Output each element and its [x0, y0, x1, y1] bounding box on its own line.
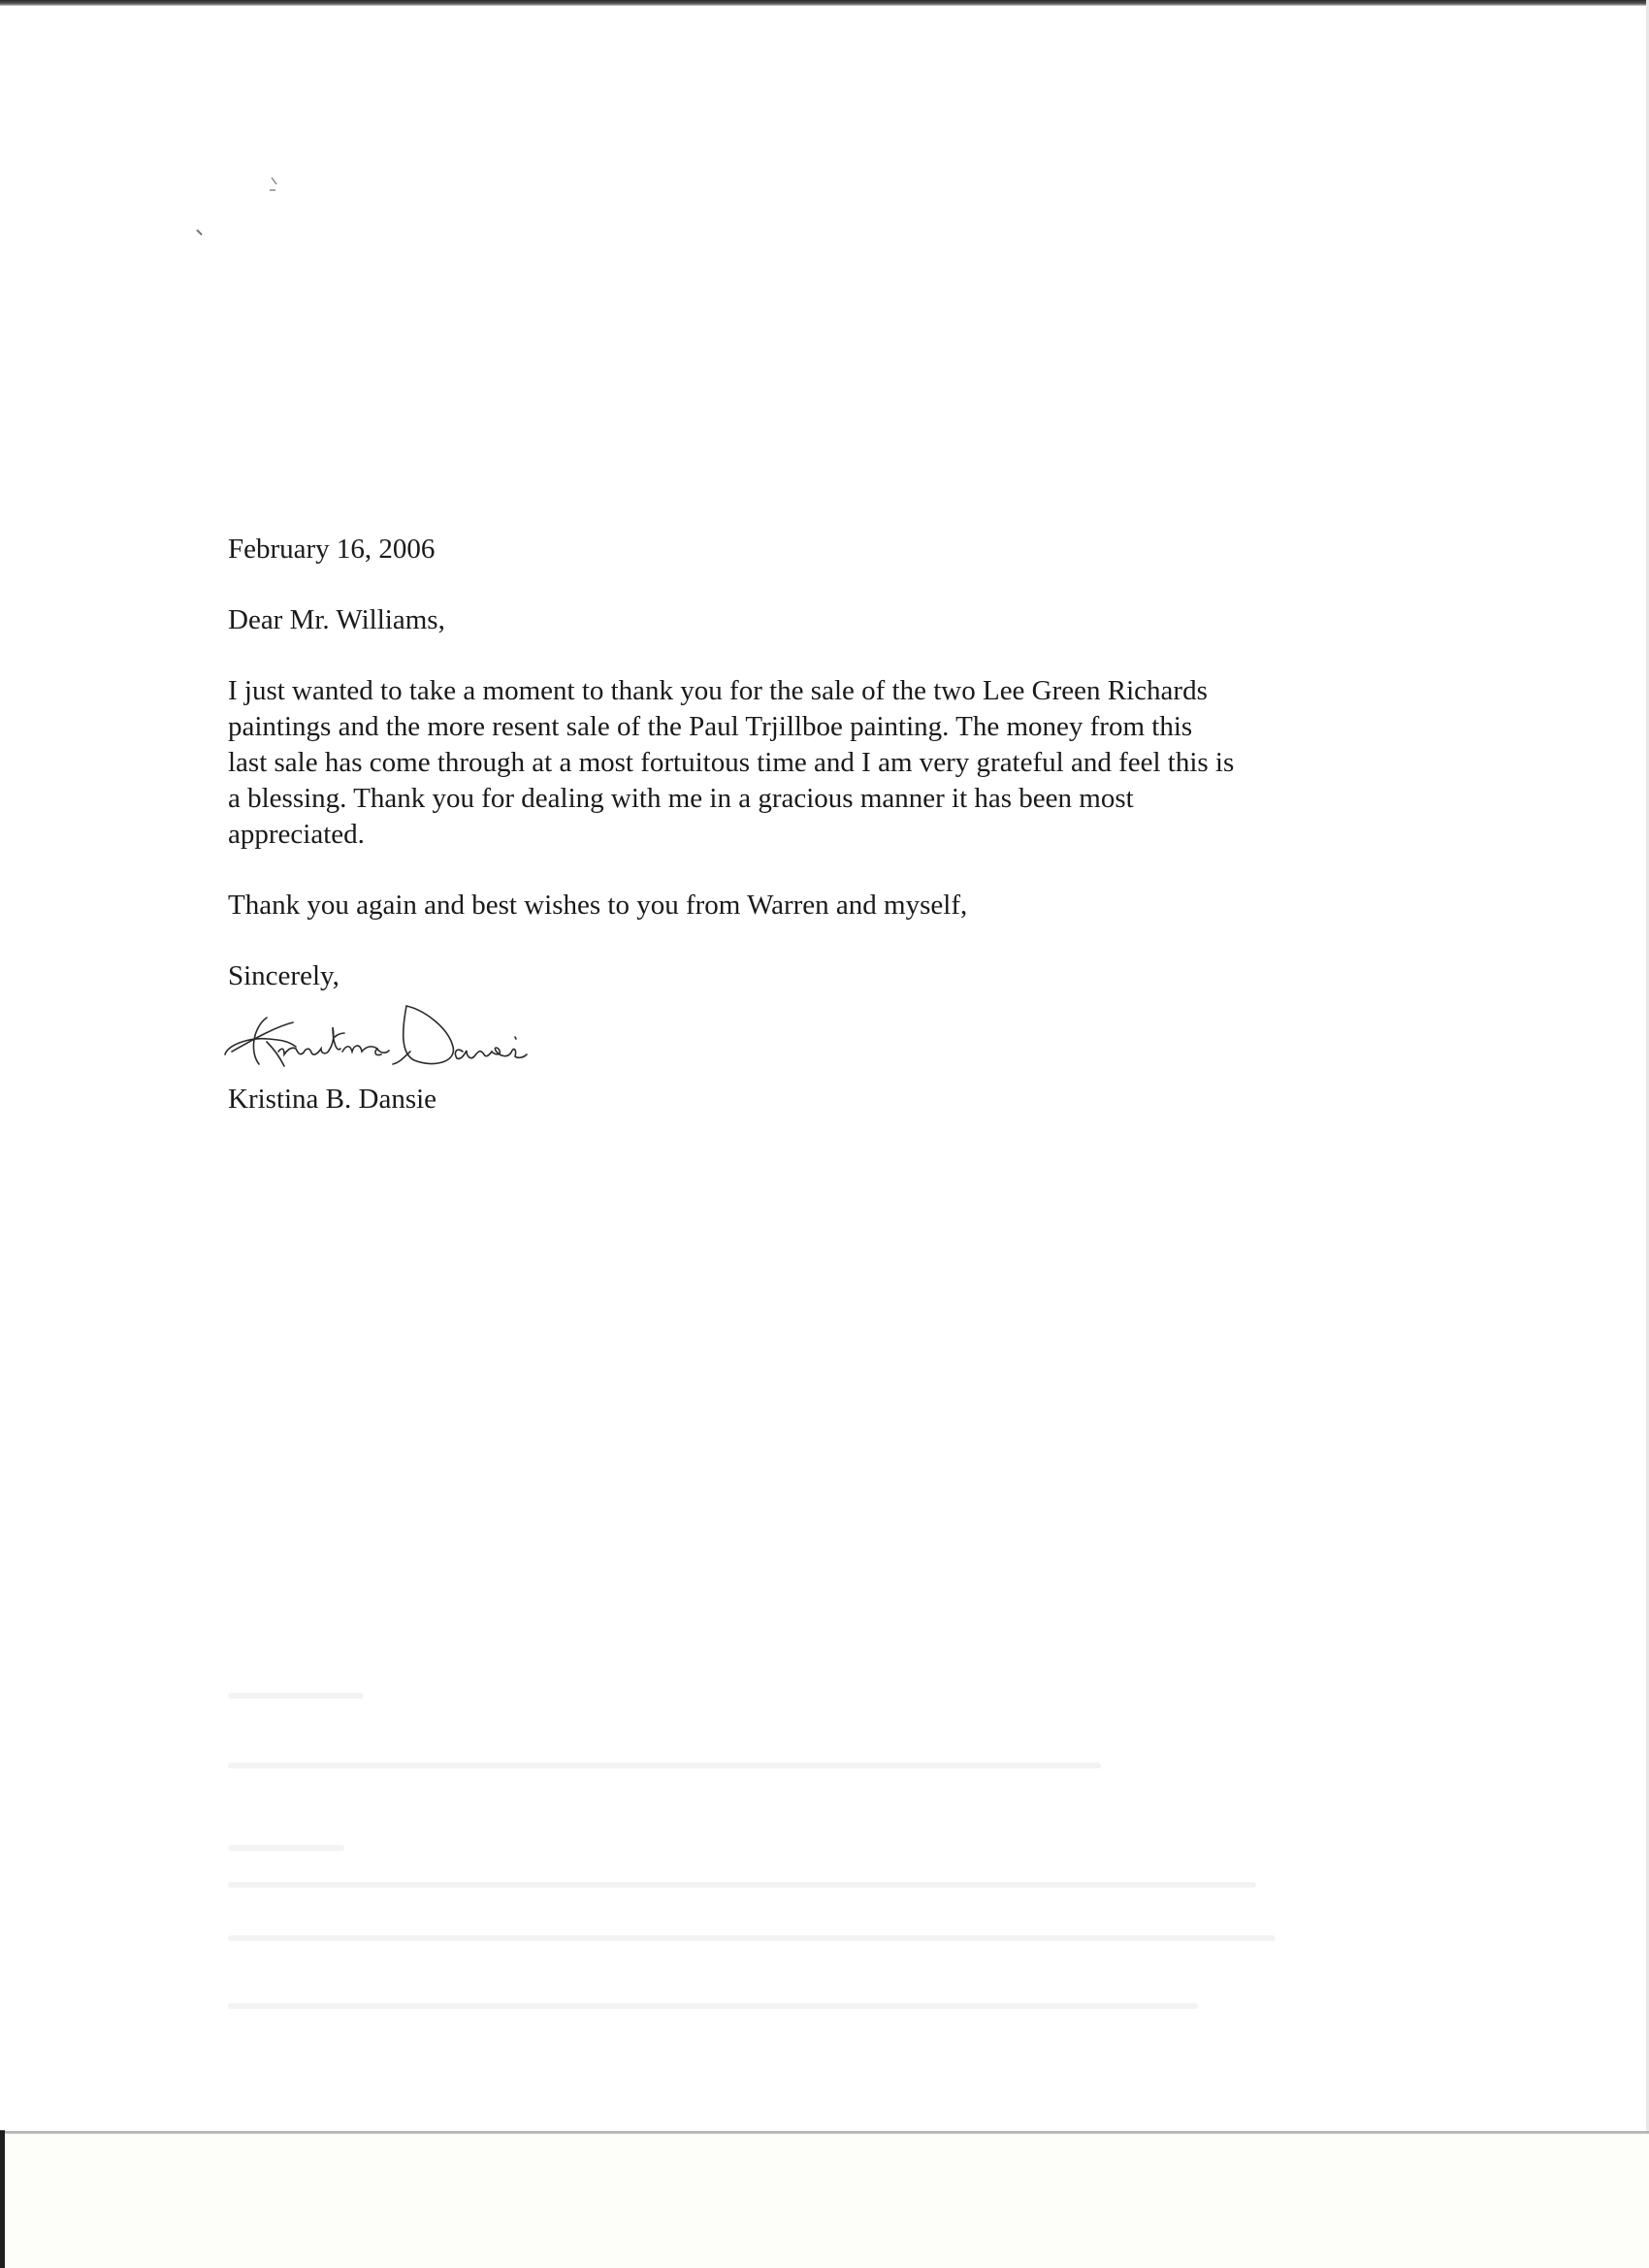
complimentary-close: Sincerely,: [228, 958, 1440, 994]
bleed-through-text: [228, 1693, 1392, 2013]
letter-salutation: Dear Mr. Williams,: [228, 602, 1440, 638]
signer-name: Kristina B. Dansie: [228, 1082, 1440, 1118]
scan-specks: [0, 0, 1649, 388]
body-line: a blessing. Thank you for dealing with m…: [228, 781, 1421, 817]
letter-body: I just wanted to take a moment to thank …: [228, 673, 1421, 853]
scan-left-edge: [0, 2130, 5, 2268]
underlying-page: [0, 2134, 1649, 2268]
letter: February 16, 2006 Dear Mr. Williams, I j…: [228, 532, 1440, 1118]
body-line: appreciated.: [228, 817, 1421, 853]
letter-closing-line: Thank you again and best wishes to you f…: [228, 888, 1440, 923]
body-line: I just wanted to take a moment to thank …: [228, 673, 1421, 709]
body-line: paintings and the more resent sale of th…: [228, 709, 1421, 745]
handwritten-signature: [220, 998, 608, 1076]
body-line: last sale has come through at a most for…: [228, 745, 1421, 781]
page-edge: [0, 2131, 1649, 2134]
letter-date: February 16, 2006: [228, 532, 1440, 567]
